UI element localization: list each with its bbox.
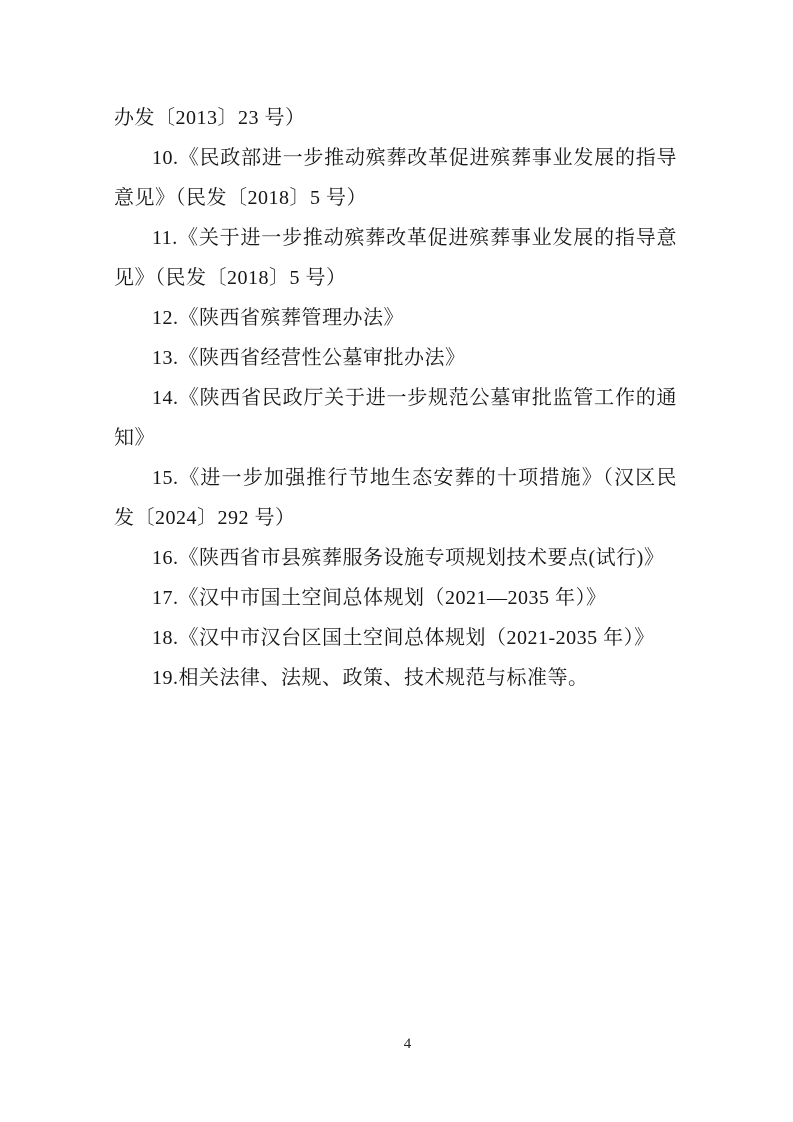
document-line: 10.《民政部进一步推动殡葬改革促进殡葬事业发展的指导 — [114, 138, 677, 178]
document-line: 知》 — [114, 418, 677, 458]
document-page: 办发〔2013〕23 号） 10.《民政部进一步推动殡葬改革促进殡葬事业发展的指… — [0, 0, 793, 1122]
document-line: 13.《陕西省经营性公墓审批办法》 — [114, 338, 677, 378]
page-number: 4 — [0, 1035, 793, 1053]
document-line: 12.《陕西省殡葬管理办法》 — [114, 298, 677, 338]
reference-list: 办发〔2013〕23 号） 10.《民政部进一步推动殡葬改革促进殡葬事业发展的指… — [114, 98, 677, 698]
document-line: 见》（民发〔2018〕5 号） — [114, 258, 677, 298]
document-line: 14.《陕西省民政厅关于进一步规范公墓审批监管工作的通 — [114, 378, 677, 418]
document-line: 17.《汉中市国土空间总体规划（2021—2035 年）》 — [114, 578, 677, 618]
document-line: 18.《汉中市汉台区国土空间总体规划（2021-2035 年）》 — [114, 618, 677, 658]
document-line: 19.相关法律、法规、政策、技术规范与标准等。 — [114, 658, 677, 698]
document-line: 意见》（民发〔2018〕5 号） — [114, 178, 677, 218]
document-line: 11.《关于进一步推动殡葬改革促进殡葬事业发展的指导意 — [114, 218, 677, 258]
document-line: 16.《陕西省市县殡葬服务设施专项规划技术要点(试行)》 — [114, 538, 677, 578]
document-line: 办发〔2013〕23 号） — [114, 98, 677, 138]
document-line: 发〔2024〕292 号） — [114, 498, 677, 538]
document-line: 15.《进一步加强推行节地生态安葬的十项措施》（汉区民 — [114, 458, 677, 498]
